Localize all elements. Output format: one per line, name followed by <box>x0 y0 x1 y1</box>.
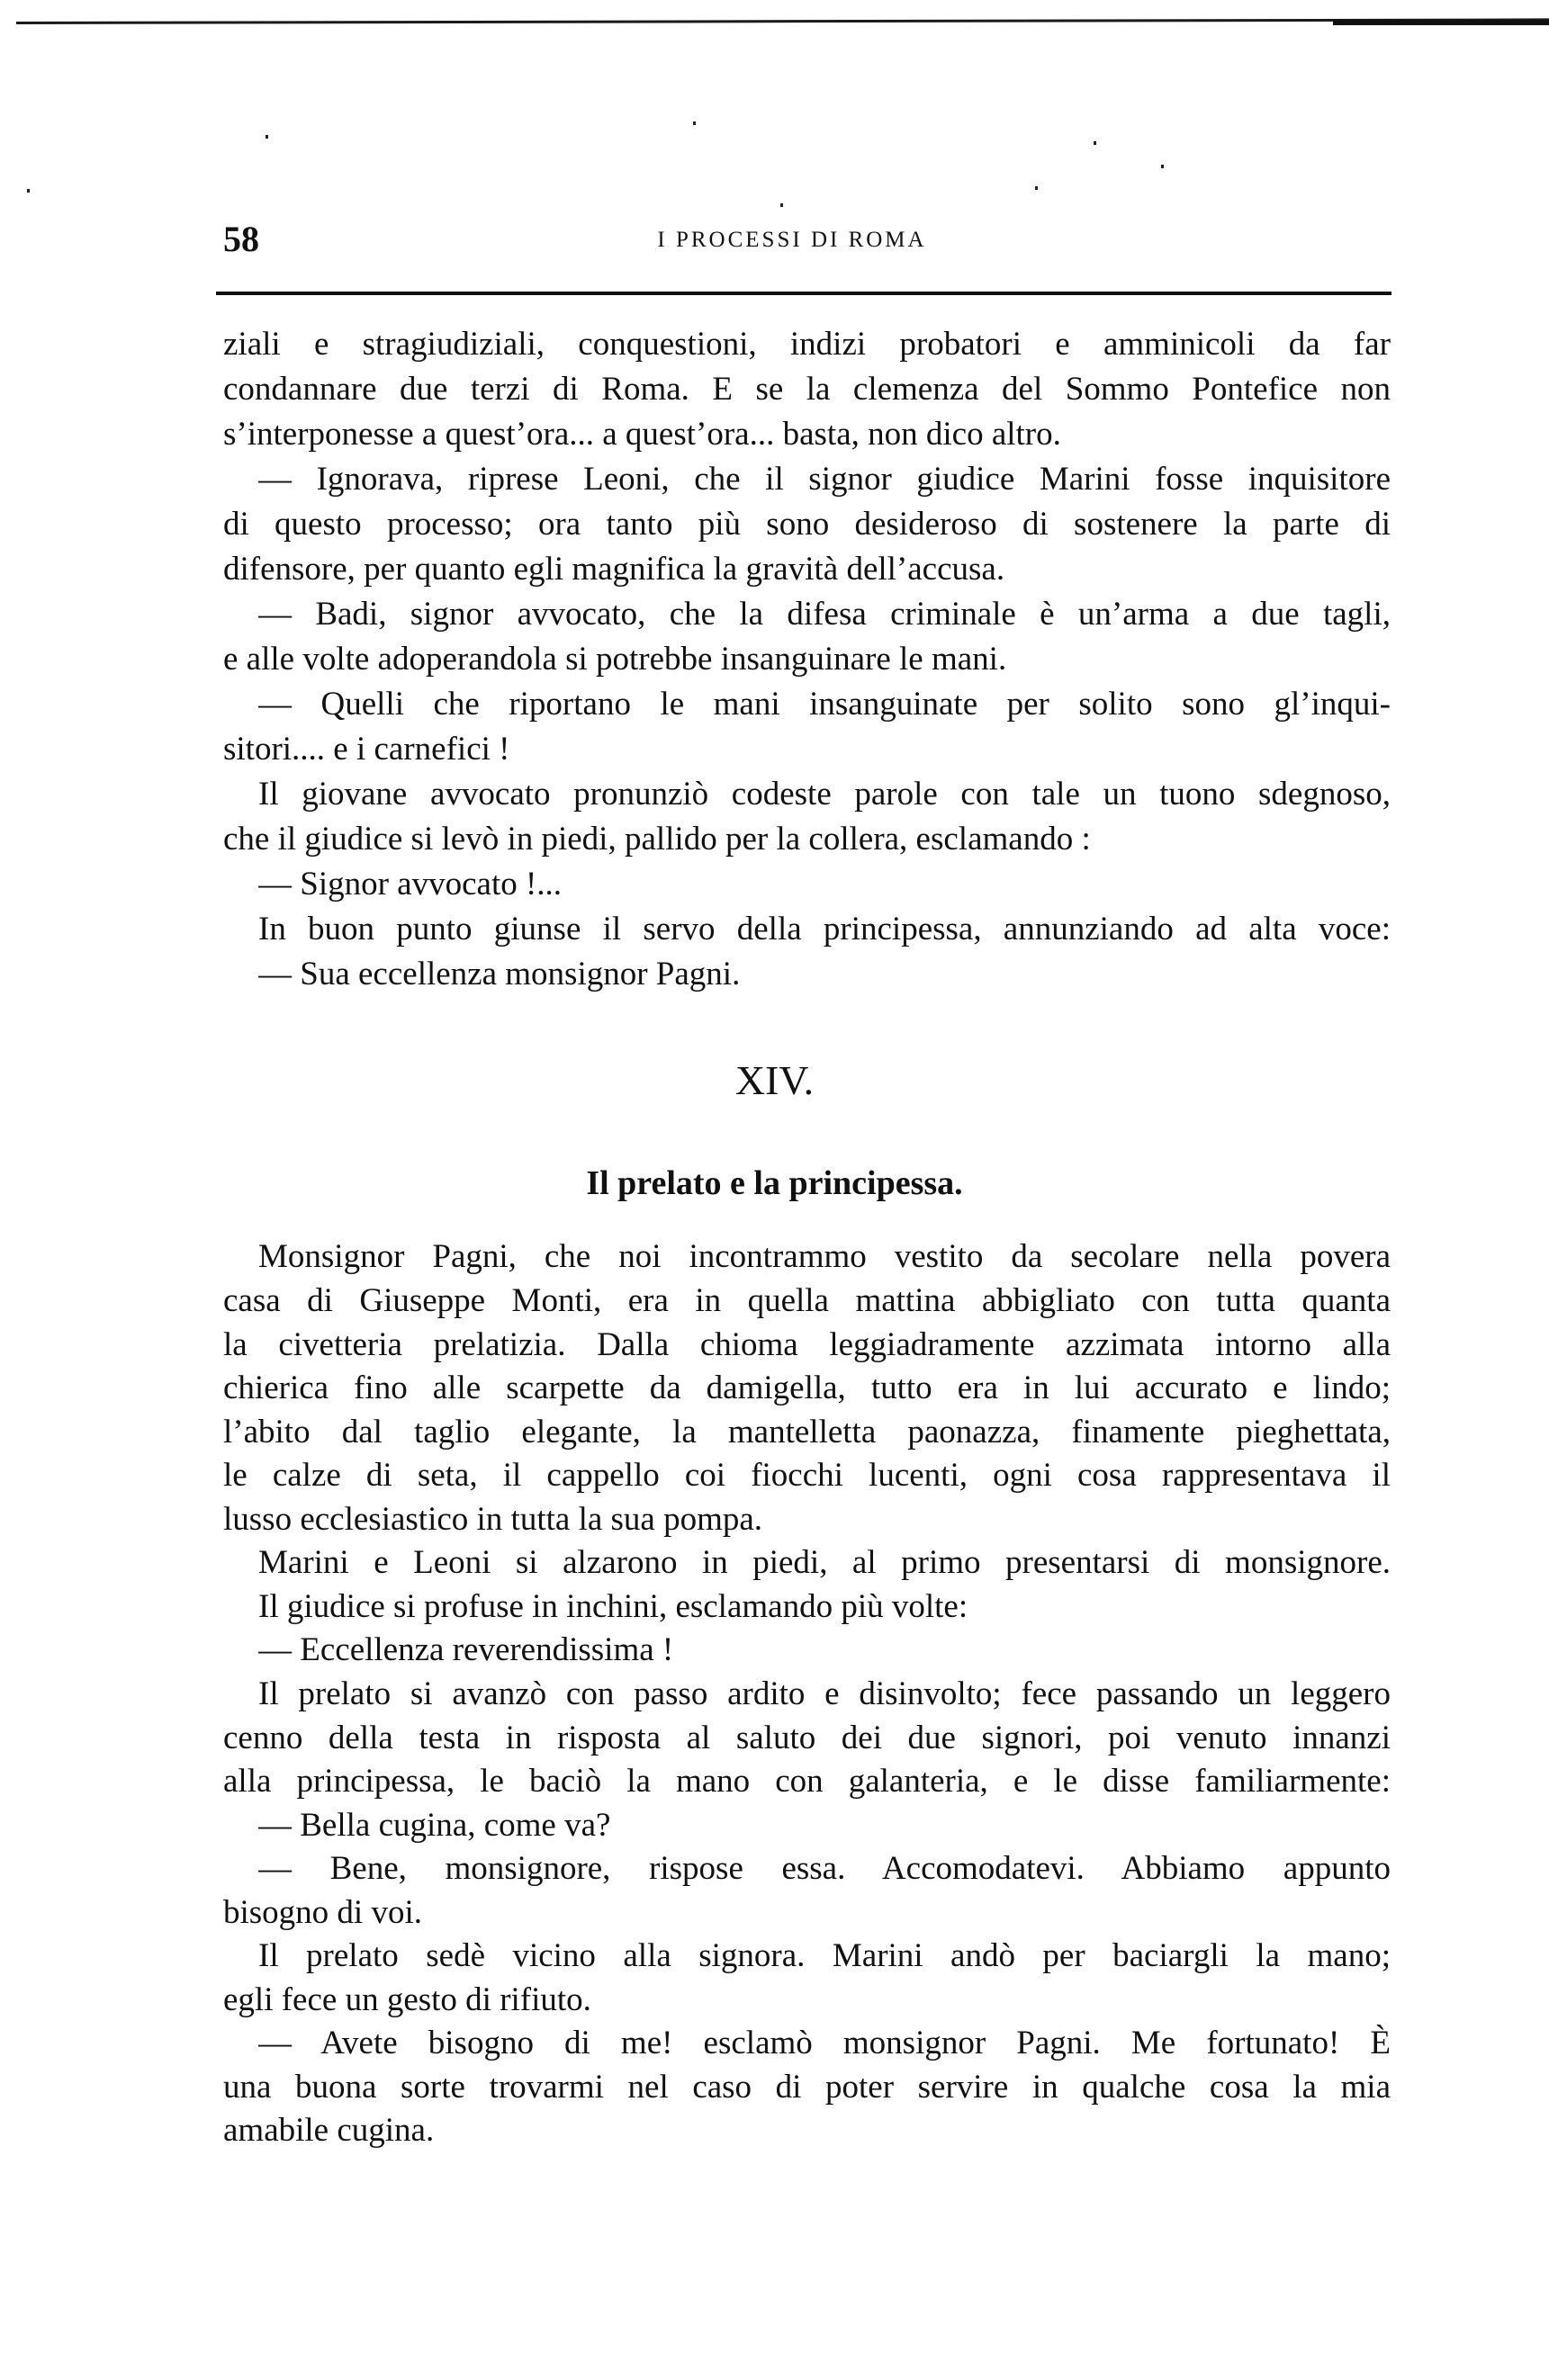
text-line: — Bene, monsignore, rispose essa. Accomo… <box>258 1846 1391 1891</box>
text-line: amabile cugina. <box>223 2108 1391 2153</box>
text-line: lusso ecclesiastico in tutta la sua pomp… <box>223 1497 1391 1542</box>
text-line: difensore, per quanto egli magnifica la … <box>223 547 1391 592</box>
scan-speck <box>1094 141 1096 145</box>
text-line: l’abito dal taglio elegante, la mantelle… <box>223 1410 1391 1455</box>
scan-speck <box>27 189 30 193</box>
text-line: — Ignorava, riprese Leoni, che il signor… <box>258 457 1391 502</box>
text-line: — Bella cugina, come va? <box>258 1803 1391 1848</box>
text-line: — Badi, signor avvocato, che la difesa c… <box>258 592 1391 637</box>
text-line: s’interponesse a quest’ora... a quest’or… <box>223 412 1391 457</box>
text-line: — Signor avvocato !... <box>258 862 1391 907</box>
text-line: una buona sorte trovarmi nel caso di pot… <box>223 2065 1391 2110</box>
text-line: sitori.... e i carnefici ! <box>223 727 1391 772</box>
text-line: — Quelli che riportano le mani insanguin… <box>258 682 1391 727</box>
text-line: Marini e Leoni si alzarono in piedi, al … <box>258 1540 1391 1585</box>
text-line: cenno della testa in risposta al saluto … <box>223 1716 1391 1761</box>
text-line: Il giudice si profuse in inchini, esclam… <box>258 1585 1391 1630</box>
scan-speck <box>1161 165 1164 168</box>
text-line: — Avete bisogno di me! esclamò monsignor… <box>258 2021 1391 2066</box>
text-line: di questo processo; ora tanto più sono d… <box>223 502 1391 547</box>
text-line: — Eccellenza reverendissima ! <box>258 1628 1391 1673</box>
text-line: casa di Giuseppe Monti, era in quella ma… <box>223 1279 1391 1324</box>
text-line: egli fece un gesto di rifiuto. <box>223 1978 1391 2023</box>
scan-speck <box>1035 186 1038 190</box>
text-line: In buon punto giunse il servo della prin… <box>258 907 1391 952</box>
text-line: Il giovane avvocato pronunziò codeste pa… <box>258 772 1391 817</box>
text-line: ziali e stragiudiziali, conquestioni, in… <box>223 322 1391 367</box>
page-number: 58 <box>223 220 259 259</box>
text-line: chierica fino alle scarpette da damigell… <box>223 1366 1391 1411</box>
header-rule <box>216 292 1391 295</box>
text-line: Il prelato sedè vicino alla signora. Mar… <box>258 1934 1391 1979</box>
text-line: che il giudice si levò in piedi, pallido… <box>223 817 1391 862</box>
text-line: condannare due terzi di Roma. E se la cl… <box>223 367 1391 412</box>
scan-speck <box>266 135 268 139</box>
text-line: alla principessa, le baciò la mano con g… <box>223 1759 1391 1804</box>
text-line: e alle volte adoperandola si potrebbe in… <box>223 637 1391 682</box>
scan-speck <box>780 203 783 207</box>
text-line: Monsignor Pagni, che noi incontrammo ves… <box>258 1235 1391 1280</box>
scan-speck <box>693 121 696 125</box>
text-line: Il prelato si avanzò con passo ardito e … <box>258 1672 1391 1717</box>
chapter-title: Il prelato e la principessa. <box>0 1161 1549 1206</box>
text-line: — Sua eccellenza monsignor Pagni. <box>258 952 1391 997</box>
text-line: bisogno di voi. <box>223 1891 1391 1935</box>
chapter-number: XIV. <box>0 1058 1549 1103</box>
scan-top-edge <box>16 18 1549 24</box>
running-title: I PROCESSI DI ROMA <box>540 225 1044 256</box>
text-line: le calze di seta, il cappello coi fiocch… <box>223 1453 1391 1498</box>
scan-top-edge-dark <box>1333 20 1549 25</box>
text-line: la civetteria prelatizia. Dalla chioma l… <box>223 1323 1391 1368</box>
